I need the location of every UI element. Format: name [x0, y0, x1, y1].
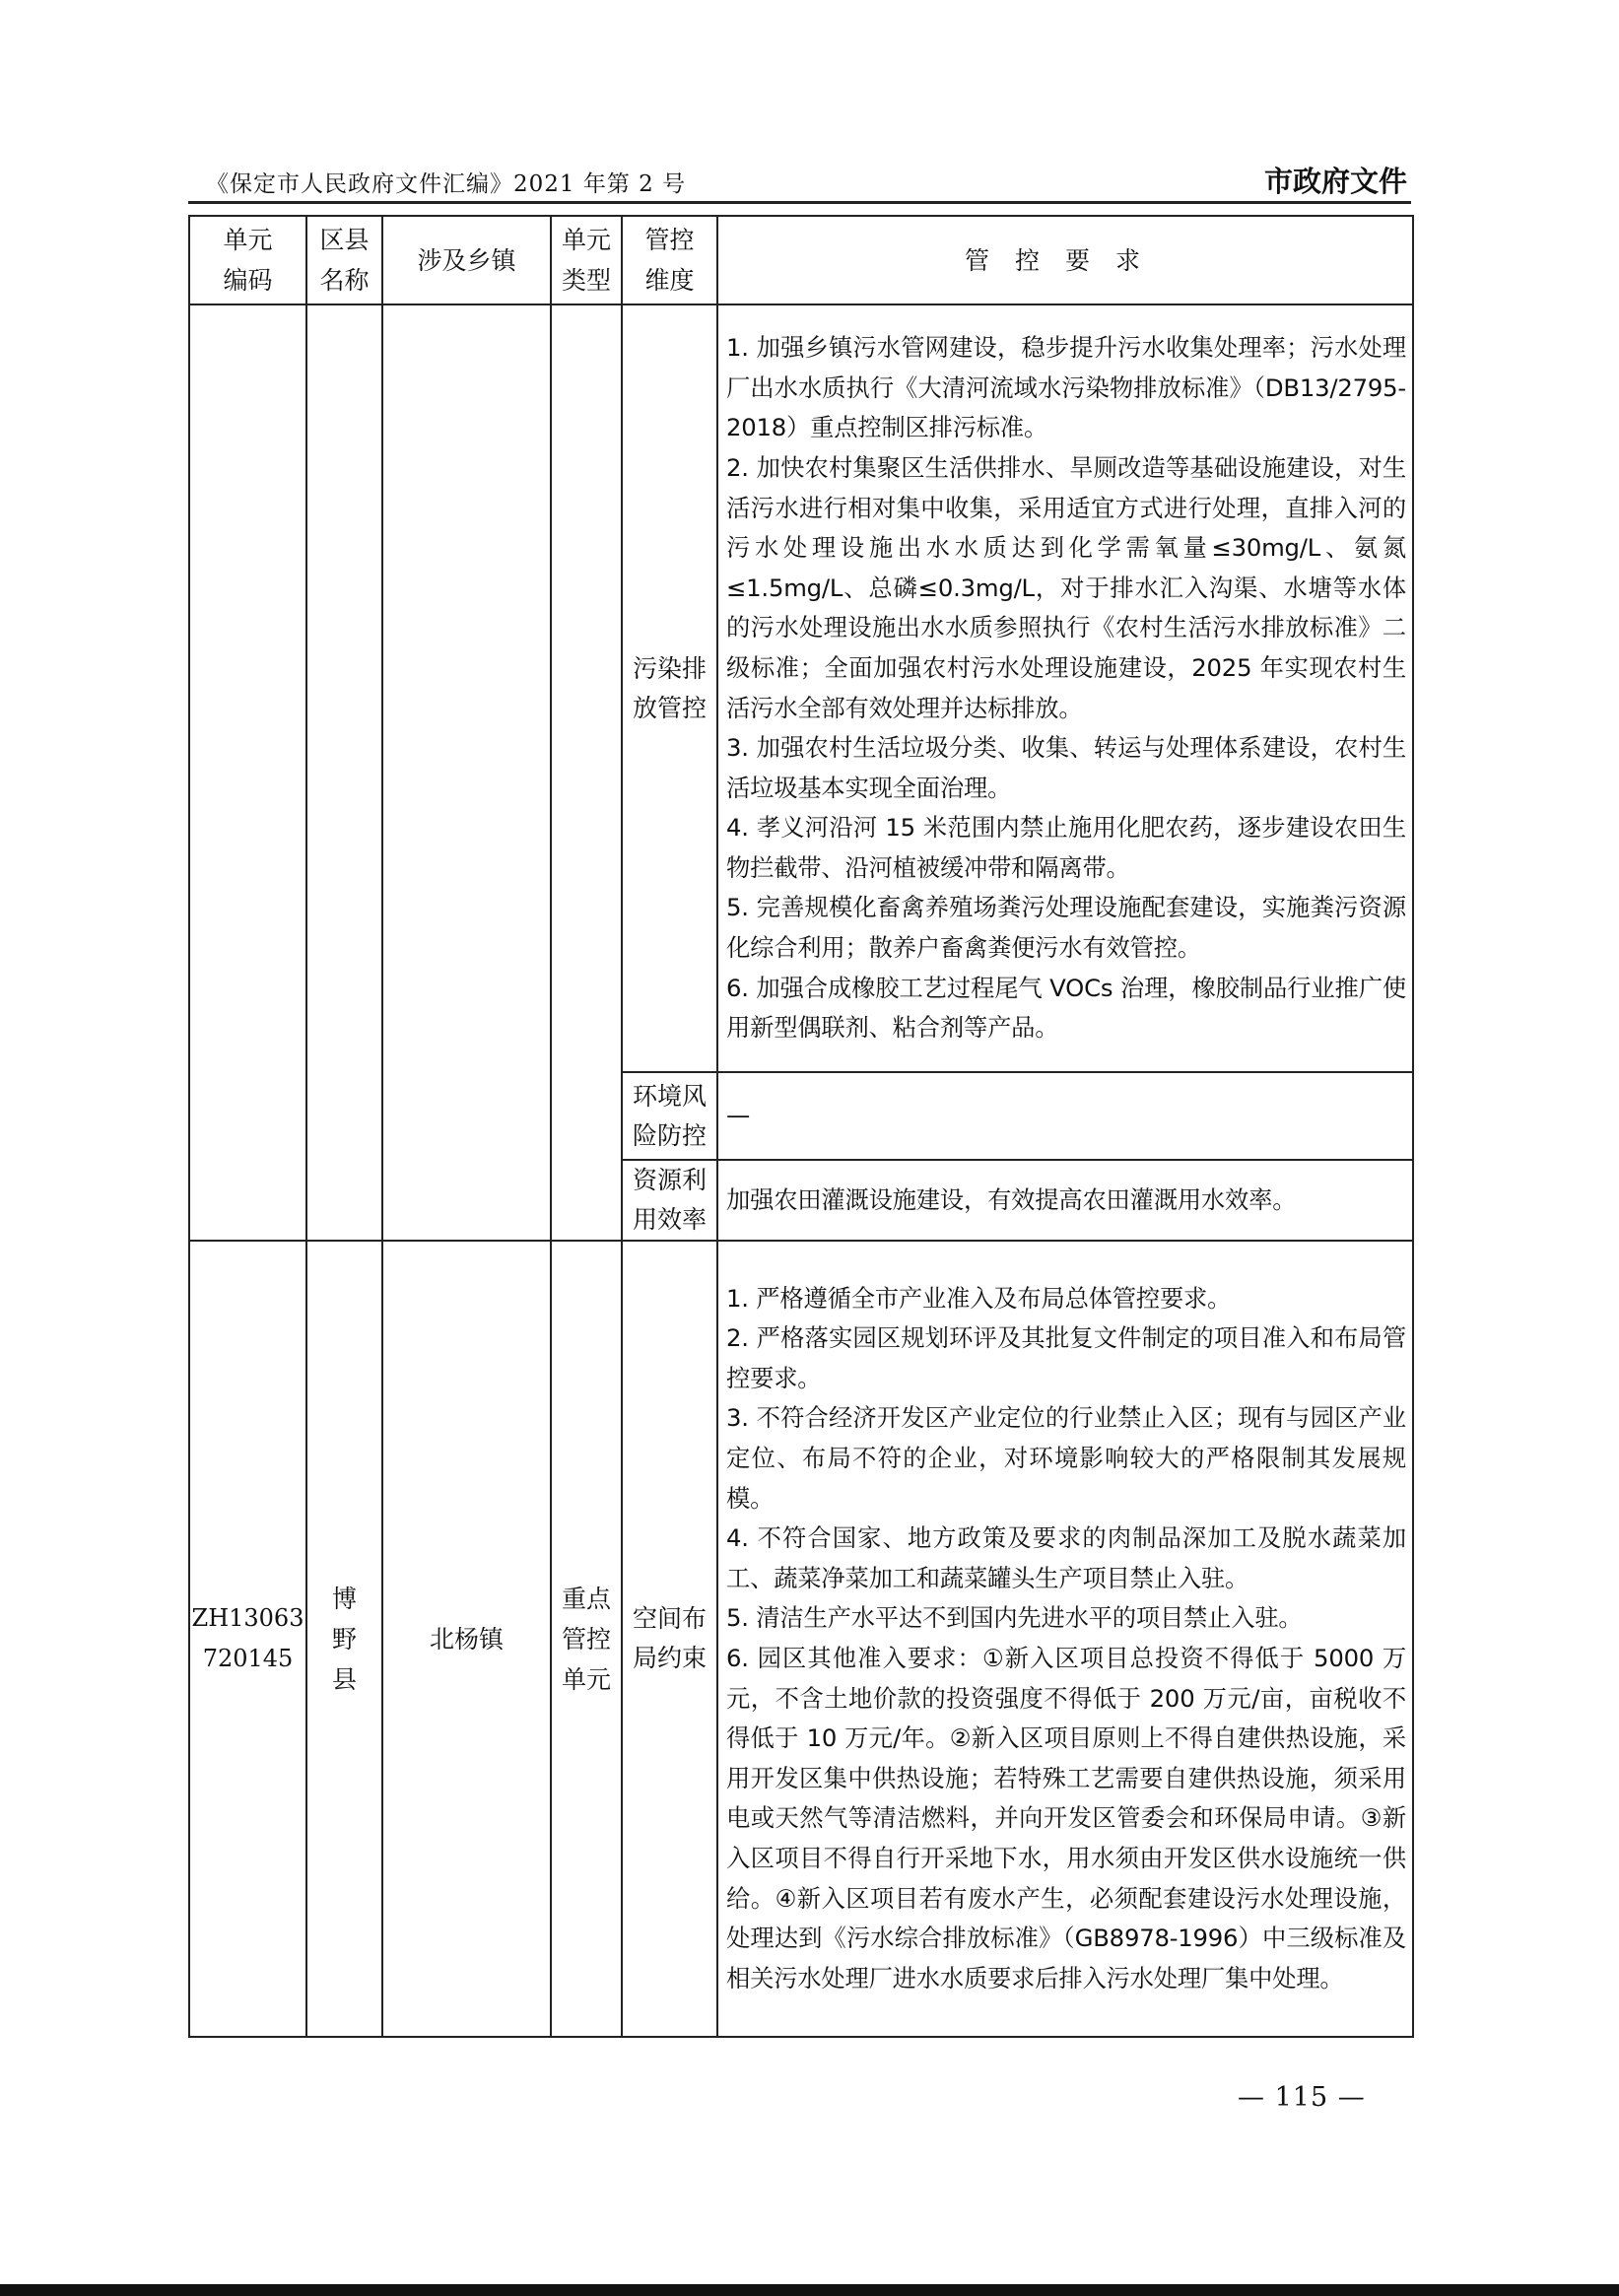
dimension-cell-resource: 资源利 用效率 — [622, 1160, 717, 1241]
unit-code-line: 720145 — [190, 1639, 305, 1679]
requirement-item: 2. 加快农村集聚区生活供排水、旱厕改造等基础设施建设，对生活污水进行相对集中收… — [726, 448, 1406, 728]
table-row: 污染排 放管控 1. 加强乡镇污水管网建设，稳步提升污水收集处理率；污水处理厂出… — [189, 304, 1413, 1072]
dimension-line: 资源利 — [623, 1161, 716, 1200]
requirement-item: 1. 加强乡镇污水管网建设，稳步提升污水收集处理率；污水处理厂出水水质执行《大清… — [726, 328, 1406, 448]
requirement-item: 5. 完善规模化畜禽养殖场粪污处理设施配套建设，实施粪污资源化综合利用；散养户畜… — [726, 888, 1406, 968]
requirement-item: 3. 加强农村生活垃圾分类、收集、转运与处理体系建设，农村生活垃圾基本实现全面治… — [726, 728, 1406, 808]
dimension-line: 环境风 — [623, 1077, 716, 1116]
county-line: 博 — [307, 1579, 381, 1619]
requirement-item: — — [726, 1096, 1406, 1136]
requirements-cell-resource: 加强农田灌溉设施建设，有效提高农田灌溉用水效率。 — [717, 1160, 1413, 1241]
header-line: 编码 — [190, 260, 305, 301]
towns-cell — [382, 304, 551, 1241]
unit-type-line: 管控 — [552, 1619, 621, 1659]
unit-code-line: ZH13063 — [190, 1598, 305, 1639]
unit-type-line: 单元 — [552, 1659, 621, 1700]
dimension-cell-pollution: 污染排 放管控 — [622, 304, 717, 1072]
requirement-item: 4. 不符合国家、地方政策及要求的肉制品深加工及脱水蔬菜加工、蔬菜净菜加工和蔬菜… — [726, 1519, 1406, 1598]
header-line: 区县 — [307, 220, 381, 260]
running-header: 《保定市人民政府文件汇编》2021 年第 2 号 市政府文件 — [188, 156, 1411, 204]
header-line: 单元 — [190, 220, 305, 260]
unit-type-line: 重点 — [552, 1579, 621, 1619]
towns-cell: 北杨镇 — [382, 1241, 551, 2037]
unit-code-cell: ZH13063 720145 — [189, 1241, 306, 2037]
unit-type-cell: 重点 管控 单元 — [551, 1241, 622, 2037]
requirements-cell-spatial: 1. 严格遵循全市产业准入及布局总体管控要求。 2. 严格落实园区规划环评及其批… — [717, 1241, 1413, 2037]
table-row: ZH13063 720145 博 野 县 北杨镇 重点 管控 单元 空间布 局约… — [189, 1241, 1413, 2037]
county-cell: 博 野 县 — [306, 1241, 382, 2037]
scan-edge-divider — [0, 2284, 1619, 2296]
unit-type-cell — [551, 304, 622, 1241]
dimension-cell-spatial: 空间布 局约束 — [622, 1241, 717, 2037]
header-dimension: 管控 维度 — [622, 216, 717, 304]
requirement-item: 3. 不符合经济开发区产业定位的行业禁止入区；现有与园区产业定位、布局不符的企业… — [726, 1398, 1406, 1519]
requirement-item: 5. 清洁生产水平达不到国内先进水平的项目禁止入驻。 — [726, 1598, 1406, 1639]
dimension-line: 用效率 — [623, 1200, 716, 1240]
requirement-item: 4. 孝义河沿河 15 米范围内禁止施用化肥农药，逐步建设农田生物拦截带、沿河植… — [726, 808, 1406, 888]
header-line: 涉及乡镇 — [383, 240, 550, 281]
control-requirements-table: 单元 编码 区县 名称 涉及乡镇 单元 类型 管控 维度 管控要求 — [188, 215, 1414, 2038]
header-line: 管控 — [623, 220, 716, 260]
header-line: 名称 — [307, 260, 381, 301]
requirement-item: 加强农田灌溉设施建设，有效提高农田灌溉用水效率。 — [726, 1181, 1406, 1221]
unit-code-cell — [189, 304, 306, 1241]
requirements-cell-pollution: 1. 加强乡镇污水管网建设，稳步提升污水收集处理率；污水处理厂出水水质执行《大清… — [717, 304, 1413, 1072]
dimension-line: 污染排 — [623, 649, 716, 689]
requirement-item: 2. 严格落实园区规划环评及其批复文件制定的项目准入和布局管控要求。 — [726, 1318, 1406, 1398]
requirement-item: 6. 加强合成橡胶工艺过程尾气 VOCs 治理，橡胶制品行业推广使用新型偶联剂、… — [726, 969, 1406, 1048]
section-title: 市政府文件 — [1264, 160, 1407, 200]
county-cell — [306, 304, 382, 1241]
dimension-cell-risk: 环境风 险防控 — [622, 1072, 717, 1160]
header-requirements: 管控要求 — [717, 216, 1413, 304]
header-line: 单元 — [552, 220, 621, 260]
county-line: 县 — [307, 1659, 381, 1700]
requirement-item: 1. 严格遵循全市产业准入及布局总体管控要求。 — [726, 1279, 1406, 1319]
header-line: 维度 — [623, 260, 716, 301]
page-number: — 115 — — [1238, 2082, 1366, 2113]
dimension-line: 空间布 — [623, 1599, 716, 1639]
table-header-row: 单元 编码 区县 名称 涉及乡镇 单元 类型 管控 维度 管控要求 — [189, 216, 1413, 304]
header-line: 类型 — [552, 260, 621, 301]
header-county: 区县 名称 — [306, 216, 382, 304]
county-line: 野 — [307, 1619, 381, 1659]
header-unit-type: 单元 类型 — [551, 216, 622, 304]
dimension-line: 险防控 — [623, 1116, 716, 1156]
requirement-item: 6. 园区其他准入要求：①新入区项目总投资不得低于 5000 万元，不含土地价款… — [726, 1639, 1406, 1998]
header-line: 管控要求 — [718, 240, 1412, 281]
dimension-line: 局约束 — [623, 1639, 716, 1678]
header-unit-code: 单元 编码 — [189, 216, 306, 304]
requirements-cell-risk: — — [717, 1072, 1413, 1160]
dimension-line: 放管控 — [623, 689, 716, 728]
publication-title: 《保定市人民政府文件汇编》2021 年第 2 号 — [206, 166, 686, 198]
header-towns: 涉及乡镇 — [382, 216, 551, 304]
